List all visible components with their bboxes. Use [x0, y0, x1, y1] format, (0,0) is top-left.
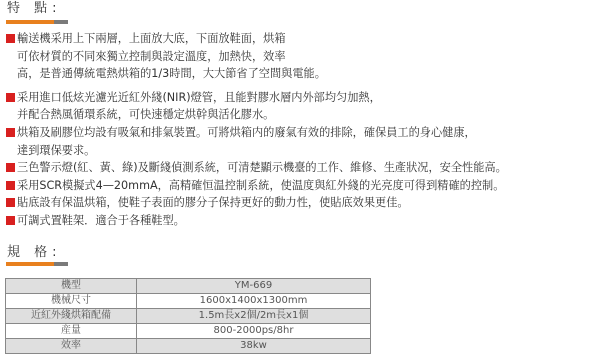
red-square-bullet-icon — [6, 93, 15, 102]
feature-line: 并配合熱風循環系統，可快速穩定烘幹與活化膠水。 — [17, 106, 600, 124]
spec-value: 800-2000ps/8hr — [137, 324, 371, 339]
feature-item-exhaust: 烘箱及刷膠位均設有吸氣和排氣裝置。可將烘箱内的廢氣有效的排除，確保員工的身心健康… — [6, 124, 600, 159]
specs-table: 機型 YM-669 機械尺寸 1600x1400x1300mm 近紅外綫烘箱配備… — [5, 278, 371, 354]
spec-label: 效率 — [6, 339, 137, 354]
underline-orange-segment — [6, 20, 54, 24]
feature-line: 輸送機采用上下兩層，上面放大底，下面放鞋面，烘箱 — [17, 30, 600, 48]
feature-item-conveyor: 輸送機采用上下兩層，上面放大底，下面放鞋面，烘箱 可依材質的不同來獨立控制與設定… — [6, 30, 600, 83]
feature-item-insulated-oven: 貼底設有保温烘箱，使鞋子表面的膠分子保持更好的動力性，使貼底效果更佳。 — [6, 194, 600, 212]
table-row: 産量 800-2000ps/8hr — [6, 324, 371, 339]
feature-line: 可依材質的不同來獨立控制與設定溫度，加熱快，效率 — [17, 48, 600, 66]
feature-line: 采用進口低炫光濾光近紅外綫(NIR)燈管，且能對膠水層内外部均匀加熱， — [17, 89, 600, 107]
specs-heading: 規 格: — [7, 246, 62, 260]
feature-item-nir-lamp: 采用進口低炫光濾光近紅外綫(NIR)燈管，且能對膠水層内外部均匀加熱， 并配合熱… — [6, 89, 600, 124]
spec-label: 機型 — [6, 279, 137, 294]
spec-label: 近紅外綫烘箱配備 — [6, 309, 137, 324]
features-list: 輸送機采用上下兩層，上面放大底，下面放鞋面，烘箱 可依材質的不同來獨立控制與設定… — [6, 30, 600, 230]
table-row: 效率 38kw — [6, 339, 371, 354]
feature-line: 三色警示燈(紅、黃、綠)及斷綫偵測系統，可清楚顯示機臺的工作、維修、生產狀况，安… — [17, 159, 600, 177]
feature-line: 烘箱及刷膠位均設有吸氣和排氣裝置。可將烘箱内的廢氣有效的排除，確保員工的身心健康… — [17, 124, 600, 142]
spec-value: 1600x1400x1300mm — [137, 294, 371, 309]
spec-value: 38kw — [137, 339, 371, 354]
red-square-bullet-icon — [6, 198, 15, 207]
red-square-bullet-icon — [6, 34, 15, 43]
feature-item-warning-light: 三色警示燈(紅、黃、綠)及斷綫偵測系統，可清楚顯示機臺的工作、維修、生產狀况，安… — [6, 159, 600, 177]
feature-item-scr-control: 采用SCR模擬式4—20mmA，高精確恒温控制系統，使温度與紅外綫的光亮度可得到… — [6, 177, 600, 195]
spec-value: YM-669 — [137, 279, 371, 294]
table-row: 近紅外綫烘箱配備 1.5m長x2個/2m長x1個 — [6, 309, 371, 324]
red-square-bullet-icon — [6, 128, 15, 137]
feature-line: 高，是普通傳統電熱烘箱的1/3時間，大大節省了空間與電能。 — [17, 65, 600, 83]
feature-line: 貼底設有保温烘箱，使鞋子表面的膠分子保持更好的動力性，使貼底效果更佳。 — [17, 194, 600, 212]
spec-label: 産量 — [6, 324, 137, 339]
spec-value: 1.5m長x2個/2m長x1個 — [137, 309, 371, 324]
features-heading: 特 點: — [7, 2, 62, 16]
feature-line: 采用SCR模擬式4—20mmA，高精確恒温控制系統，使温度與紅外綫的光亮度可得到… — [17, 177, 600, 195]
feature-line: 可調式置鞋架．適合于各種鞋型。 — [17, 212, 600, 230]
feature-line: 達到環保要求。 — [17, 142, 600, 160]
table-row: 機型 YM-669 — [6, 279, 371, 294]
underline-gray-segment — [54, 262, 68, 266]
red-square-bullet-icon — [6, 216, 15, 225]
underline-orange-segment — [6, 262, 54, 266]
spec-label: 機械尺寸 — [6, 294, 137, 309]
specs-heading-underline — [6, 262, 68, 266]
red-square-bullet-icon — [6, 181, 15, 190]
feature-item-shoe-rack: 可調式置鞋架．適合于各種鞋型。 — [6, 212, 600, 230]
red-square-bullet-icon — [6, 163, 15, 172]
features-heading-underline — [6, 20, 68, 24]
table-row: 機械尺寸 1600x1400x1300mm — [6, 294, 371, 309]
underline-gray-segment — [54, 20, 68, 24]
